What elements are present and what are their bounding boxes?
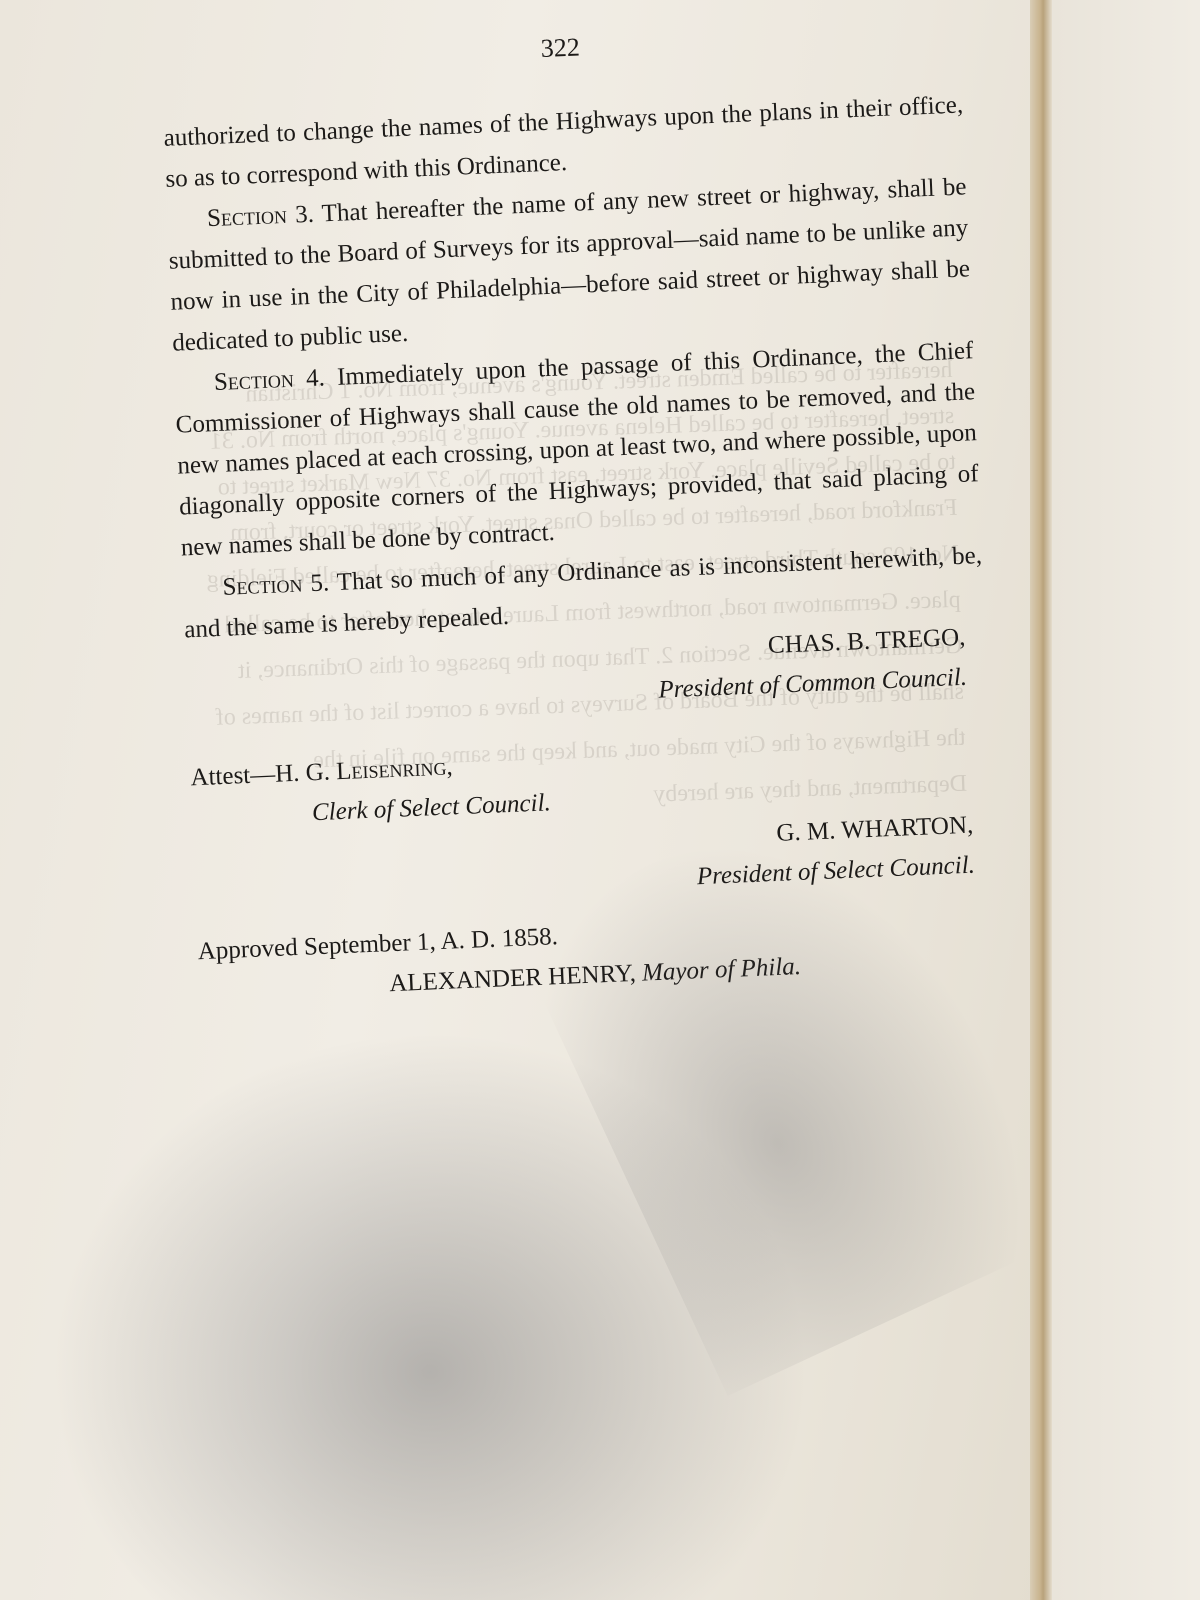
- mayor-name: ALEXANDER HENRY,: [389, 960, 637, 997]
- mayor-title: Mayor of Phila.: [635, 953, 801, 987]
- section-4: Section 4. Immediately upon the passage …: [173, 330, 981, 568]
- page-text: 322 authorized to change the names of th…: [160, 16, 1000, 1012]
- book-page-right: [1052, 0, 1200, 1600]
- section-label: Section 4.: [213, 364, 325, 396]
- book-gutter: [1030, 0, 1052, 1600]
- section-3: Section 3. That hereafter the name of an…: [166, 166, 972, 363]
- section-label: Section 5.: [222, 569, 330, 600]
- section-label: Section 3.: [207, 201, 315, 232]
- clerk-name: Leisenring,: [336, 753, 454, 785]
